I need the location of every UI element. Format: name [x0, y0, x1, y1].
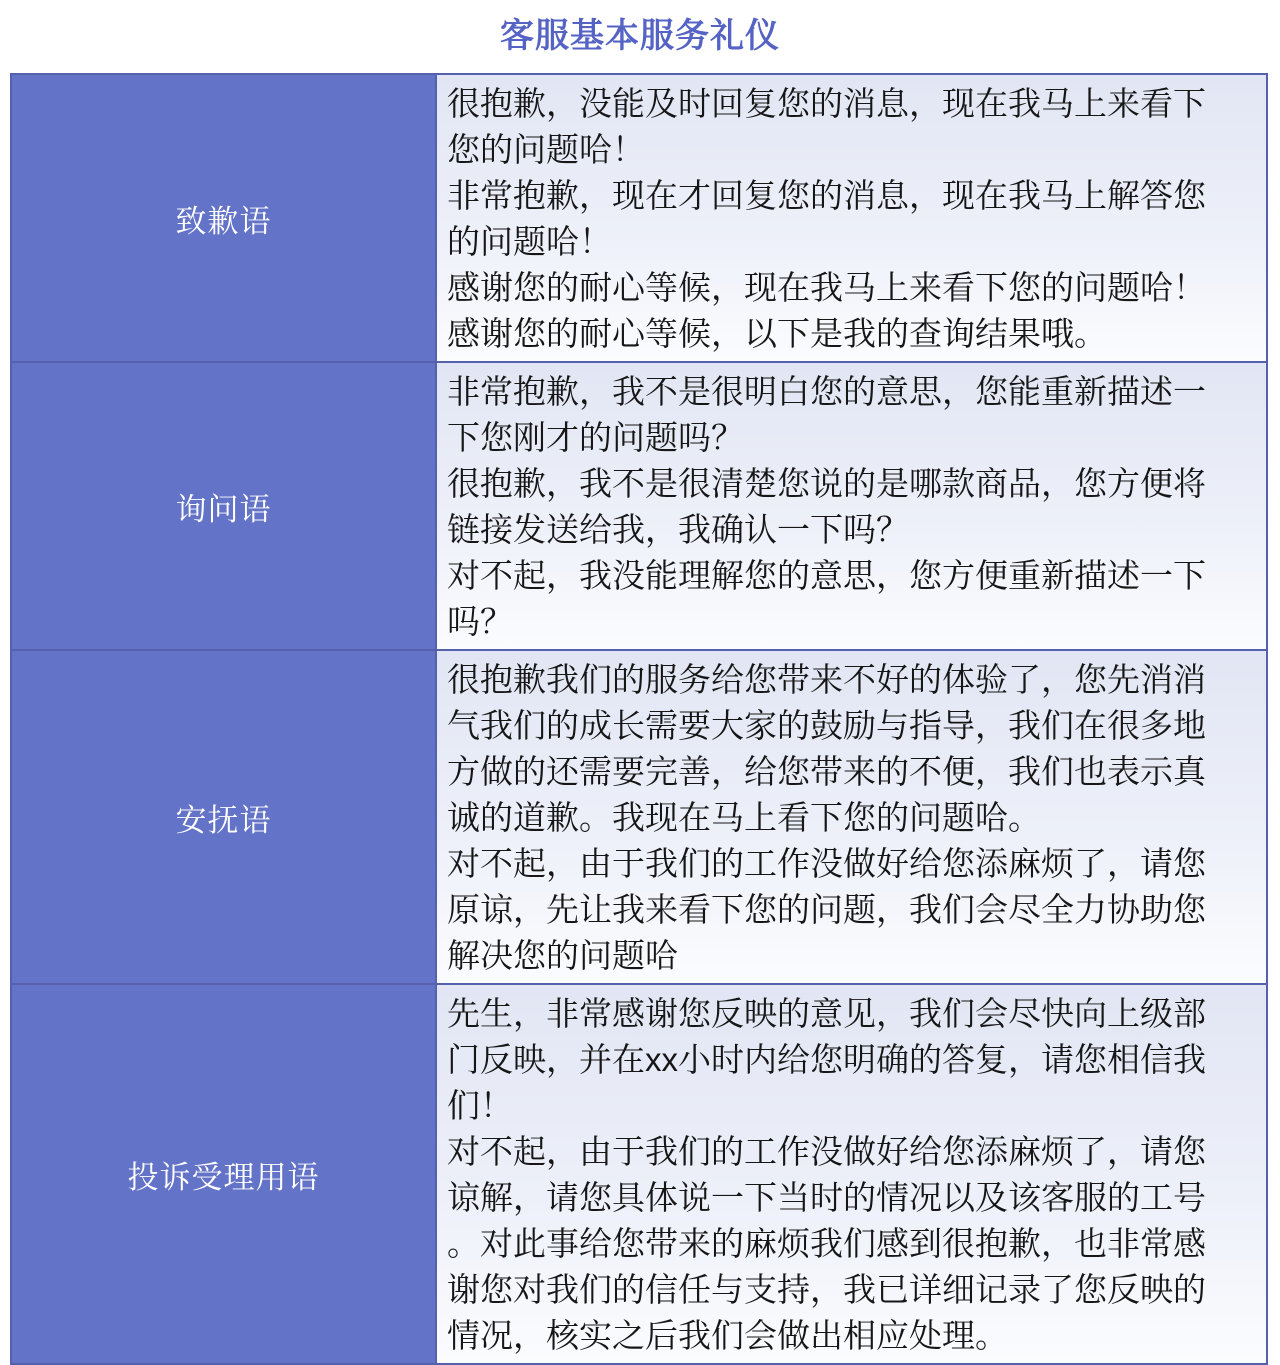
document-page: 客服基本服务礼仪 致歉语 很抱歉，没能及时回复您的消息，现在我马上来看下您的问题… — [0, 0, 1280, 1365]
row-content-apology: 很抱歉，没能及时回复您的消息，现在我马上来看下您的问题哈！ 非常抱歉，现在才回复… — [437, 75, 1266, 361]
table-row: 致歉语 很抱歉，没能及时回复您的消息，现在我马上来看下您的问题哈！ 非常抱歉，现… — [12, 75, 1266, 361]
table-row: 安抚语 很抱歉我们的服务给您带来不好的体验了，您先消消气我们的成长需要大家的鼓励… — [12, 649, 1266, 983]
row-content-inquiry: 非常抱歉，我不是很明白您的意思，您能重新描述一下您刚才的问题吗？ 很抱歉，我不是… — [437, 363, 1266, 649]
row-header-soothing: 安抚语 — [12, 651, 437, 983]
etiquette-table: 致歉语 很抱歉，没能及时回复您的消息，现在我马上来看下您的问题哈！ 非常抱歉，现… — [10, 73, 1268, 1365]
table-row: 询问语 非常抱歉，我不是很明白您的意思，您能重新描述一下您刚才的问题吗？ 很抱歉… — [12, 361, 1266, 649]
row-header-inquiry: 询问语 — [12, 363, 437, 649]
row-header-apology: 致歉语 — [12, 75, 437, 361]
table-row: 投诉受理用语 先生，非常感谢您反映的意见，我们会尽快向上级部门反映，并在xx小时… — [12, 983, 1266, 1363]
row-content-soothing: 很抱歉我们的服务给您带来不好的体验了，您先消消气我们的成长需要大家的鼓励与指导，… — [437, 651, 1266, 983]
row-content-complaint: 先生，非常感谢您反映的意见，我们会尽快向上级部门反映，并在xx小时内给您明确的答… — [437, 985, 1266, 1363]
page-title: 客服基本服务礼仪 — [0, 0, 1280, 73]
row-header-complaint: 投诉受理用语 — [12, 985, 437, 1363]
